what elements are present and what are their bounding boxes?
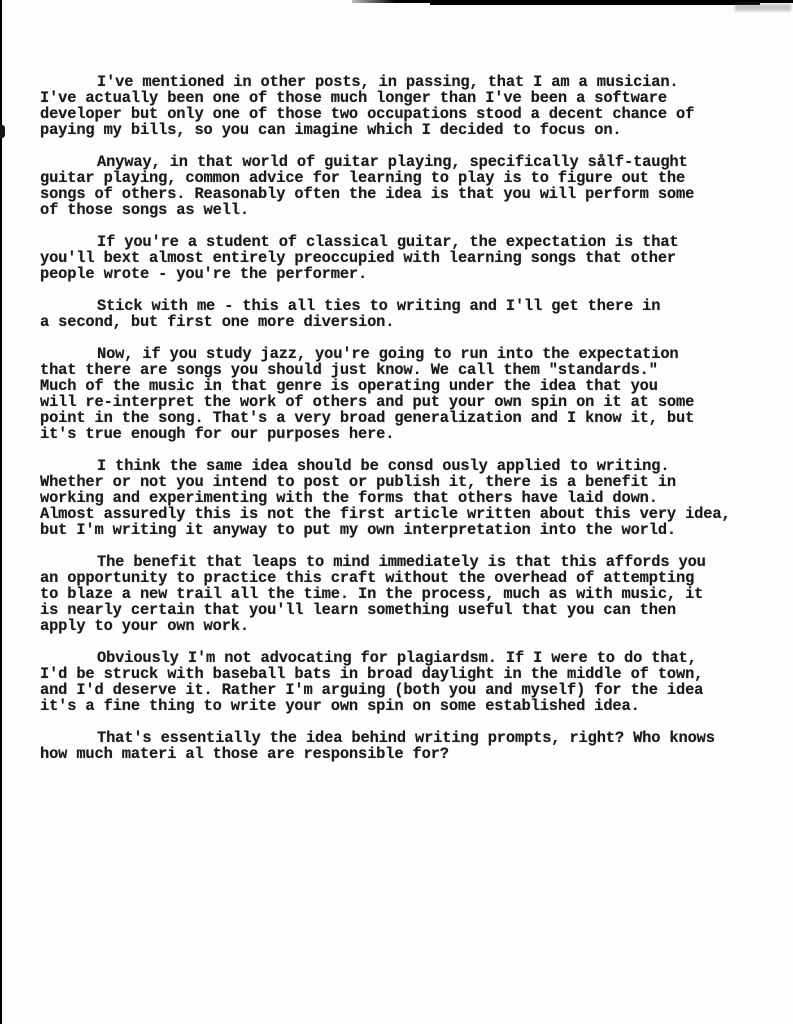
text-line: paying my bills, so you can imagine whic… [40,122,760,138]
scan-artifact-top-right-smudge [735,4,791,11]
text-line: developer but only one of those two occu… [40,106,760,122]
scan-artifact-left-edge-line [0,0,2,1024]
text-line: Stick with me - this all ties to writing… [40,298,760,314]
text-line: Much of the music in that genre is opera… [40,378,760,394]
paragraph: That's essentially the idea behind writi… [40,730,760,762]
paragraph: I think the same idea should be consd ou… [40,458,760,538]
text-line: I've actually been one of those much lon… [40,90,760,106]
text-line: it's true enough for our purposes here. [40,426,760,442]
text-line: is nearly certain that you'll learn some… [40,602,760,618]
paragraph: The benefit that leaps to mind immediate… [40,554,760,634]
text-line: songs of others. Reasonably often the id… [40,186,760,202]
text-line: people wrote - you're the performer. [40,266,760,282]
text-line: to blaze a new trail all the time. In th… [40,586,760,602]
text-line: That's essentially the idea behind writi… [40,730,760,746]
text-line: If you're a student of classical guitar,… [40,234,760,250]
paragraph: Stick with me - this all ties to writing… [40,298,760,330]
text-line: that there are songs you should just kno… [40,362,760,378]
scanned-page: I've mentioned in other posts, in passin… [0,0,793,1024]
text-line: I'd be struck with baseball bats in broa… [40,666,760,682]
typewritten-text: I've mentioned in other posts, in passin… [40,74,760,778]
text-line: The benefit that leaps to mind immediate… [40,554,760,570]
text-line: a second, but first one more diversion. [40,314,760,330]
text-line: I think the same idea should be consd ou… [40,458,760,474]
text-line: guitar playing, common advice for learni… [40,170,760,186]
text-line: you'll bext almost entirely preoccupied … [40,250,760,266]
text-line: of those songs as well. [40,202,760,218]
text-line: apply to your own work. [40,618,760,634]
text-line: will re-interpret the work of others and… [40,394,760,410]
text-line: working and experimenting with the forms… [40,490,760,506]
text-line: an opportunity to practice this craft wi… [40,570,760,586]
paragraph: Anyway, in that world of guitar playing,… [40,154,760,218]
text-line: but I'm writing it anyway to put my own … [40,522,760,538]
paragraph: Obviously I'm not advocating for plagiar… [40,650,760,714]
scan-artifact-top-edge-bar-thick [430,0,760,5]
text-line: Now, if you study jazz, you're going to … [40,346,760,362]
text-line: point in the song. That's a very broad g… [40,410,760,426]
scan-artifact-left-edge-notch [0,125,5,138]
paragraph: Now, if you study jazz, you're going to … [40,346,760,442]
text-line: I've mentioned in other posts, in passin… [40,74,760,90]
text-line: how much materi al those are responsible… [40,746,760,762]
text-line: Obviously I'm not advocating for plagiar… [40,650,760,666]
text-line: it's a fine thing to write your own spin… [40,698,760,714]
text-line: Whether or not you intend to post or pub… [40,474,760,490]
text-line: Anyway, in that world of guitar playing,… [40,154,760,170]
text-line: Almost assuredly this is not the first a… [40,506,760,522]
text-line: and I'd deserve it. Rather I'm arguing (… [40,682,760,698]
paragraph: I've mentioned in other posts, in passin… [40,74,760,138]
paragraph: If you're a student of classical guitar,… [40,234,760,282]
